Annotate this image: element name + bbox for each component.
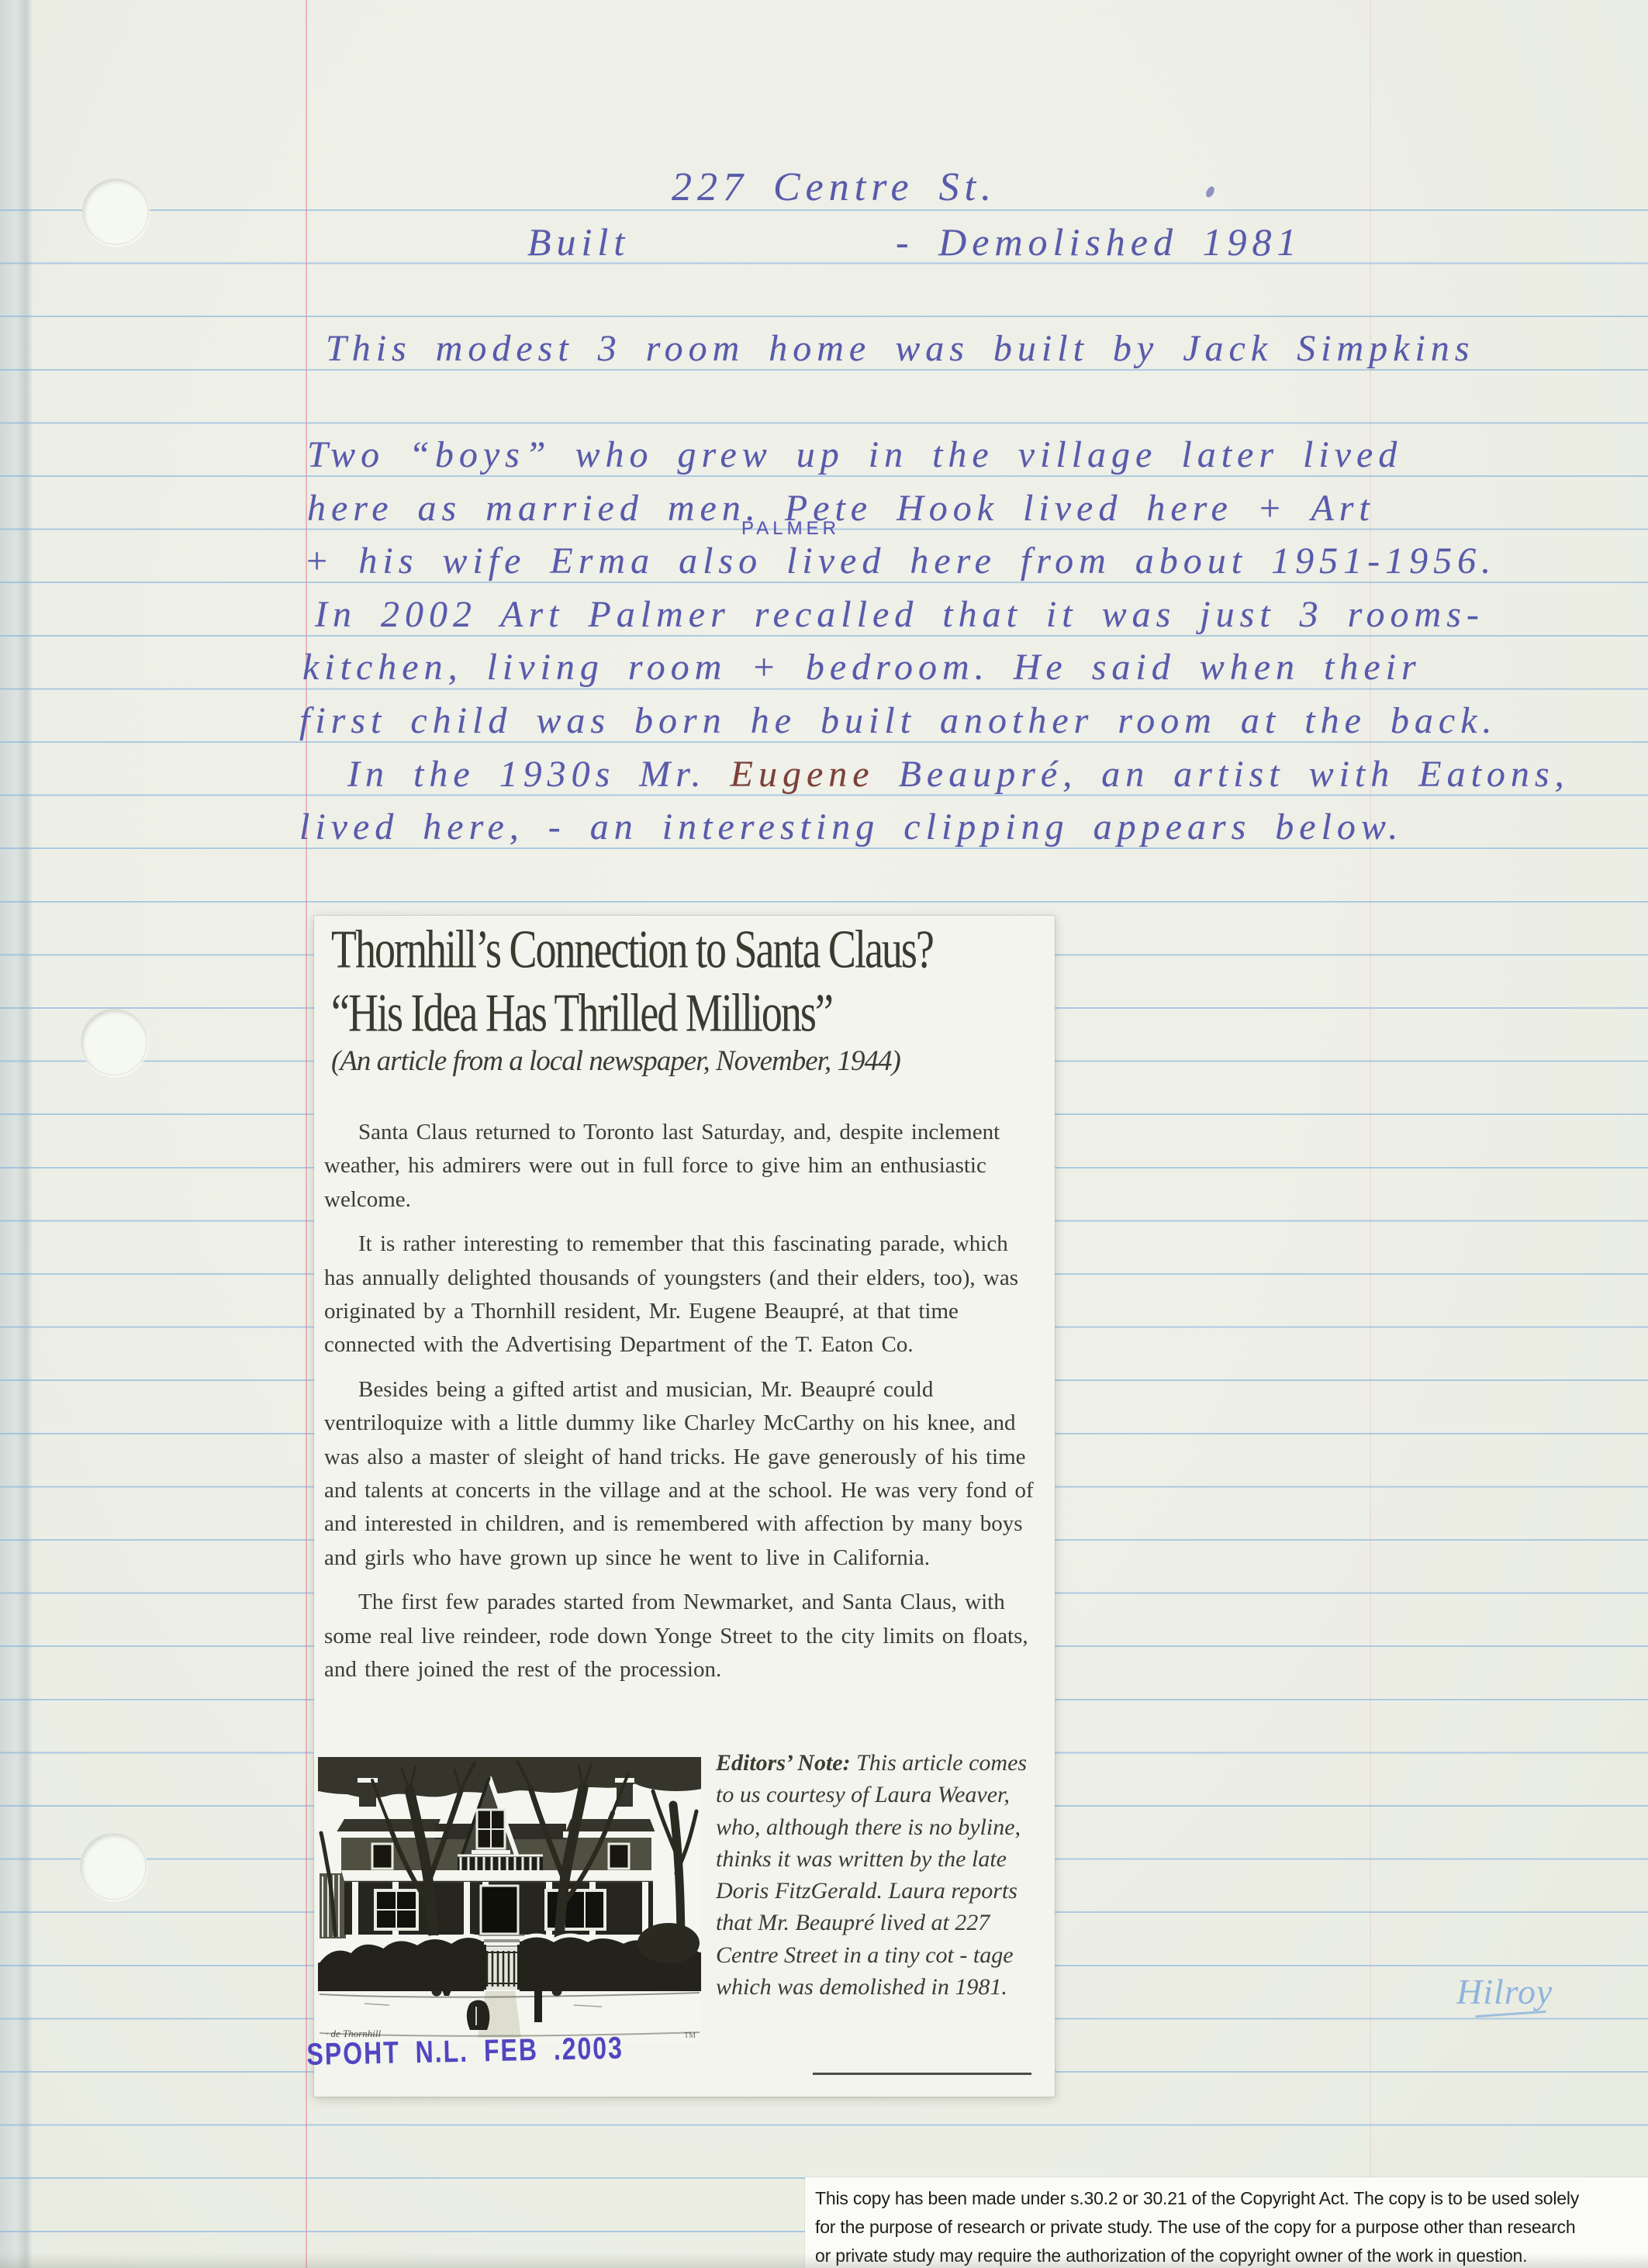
stray-ink-mark xyxy=(1204,185,1216,198)
handwritten-line-1930s: In the 1930s Mr. Eugene Beaupré, an arti… xyxy=(347,753,1570,796)
fence-post xyxy=(534,1985,542,2022)
article-paragraph: Besides being a gifted artist and musici… xyxy=(324,1373,1039,1575)
tree-stump xyxy=(467,2000,489,2031)
newspaper-clipping: Thornhill’s Connection to Santa Claus? “… xyxy=(314,916,1055,2097)
copyright-stamp-line: This copy has been made under s.30.2 or … xyxy=(815,2184,1579,2213)
illustration-trademark: TM xyxy=(684,2032,696,2040)
margin-line xyxy=(306,0,307,2268)
punch-hole-middle xyxy=(81,1009,147,1075)
scan-bottom-shadow xyxy=(0,2253,1648,2268)
clipping-article-body: Santa Claus returned to Toronto last Sat… xyxy=(324,1116,1039,1698)
handwritten-line: here as married men. Pete Hook lived her… xyxy=(307,487,1375,530)
front-door xyxy=(481,1886,518,1934)
line-1930s-pre: In the 1930s Mr. xyxy=(347,754,731,795)
punch-hole-bottom xyxy=(80,1833,147,1900)
person-figure xyxy=(441,1967,452,1996)
handwritten-line: kitchen, living room + bedroom. He said … xyxy=(302,646,1422,689)
article-paragraph: The first few parades started from Newma… xyxy=(324,1586,1039,1686)
clipping-subhead: (An article from a local newspaper, Nove… xyxy=(331,1046,900,1077)
handwritten-line: + his wife Erma also lived here from abo… xyxy=(304,540,1496,583)
handwritten-line: first child was born he built another ro… xyxy=(299,699,1498,743)
handwritten-address: 227 Centre St. xyxy=(672,166,997,209)
article-paragraph: It is rather interesting to remember tha… xyxy=(324,1227,1039,1362)
clipping-headline-line1: Thornhill’s Connection to Santa Claus? xyxy=(331,922,933,976)
clipping-headline-line2: “His Idea Has Thrilled Millions” xyxy=(331,986,832,1040)
article-paragraph: Santa Claus returned to Toronto last Sat… xyxy=(324,1116,1039,1217)
editors-note: Editors’ Note: This article comes to us … xyxy=(716,1747,1028,2003)
copyright-stamp-line: for the purpose of research or private s… xyxy=(815,2213,1575,2242)
house-illustration: · de Thornhill TM xyxy=(318,1757,701,2042)
line-1930s-post: Beaupré, an artist with Eatons, xyxy=(875,754,1570,795)
line-1930s-eugene-red-ink: Eugene xyxy=(731,754,875,795)
hilroy-watermark: Hilroy xyxy=(1456,1973,1553,2011)
handwritten-intro-line: This modest 3 room home was built by Jac… xyxy=(326,327,1474,371)
handwritten-line: In 2002 Art Palmer recalled that it was … xyxy=(315,593,1484,637)
article-end-rule xyxy=(813,2073,1031,2075)
source-caption-marker: SPOHT N.L. FEB .2003 xyxy=(306,2030,624,2073)
editors-note-text: This article comes to us courtesy of Lau… xyxy=(716,1750,1027,2000)
handwritten-built-label: Built xyxy=(527,220,630,264)
editors-note-label: Editors’ Note: xyxy=(716,1750,851,1776)
handwritten-demolished-label: - Demolished 1981 xyxy=(896,220,1302,264)
porch-window-right xyxy=(546,1890,605,1929)
handwritten-closing-line: lived here, - an interesting clipping ap… xyxy=(299,806,1403,849)
handwritten-palmer-insertion: PALMER xyxy=(741,518,840,540)
punch-hole-top xyxy=(82,178,149,245)
scanned-notebook-page: 227 Centre St. Built - Demolished 1981 T… xyxy=(0,0,1648,2268)
garden-gate xyxy=(480,1945,523,1990)
handwritten-line: Two “boys” who grew up in the village la… xyxy=(307,433,1402,477)
